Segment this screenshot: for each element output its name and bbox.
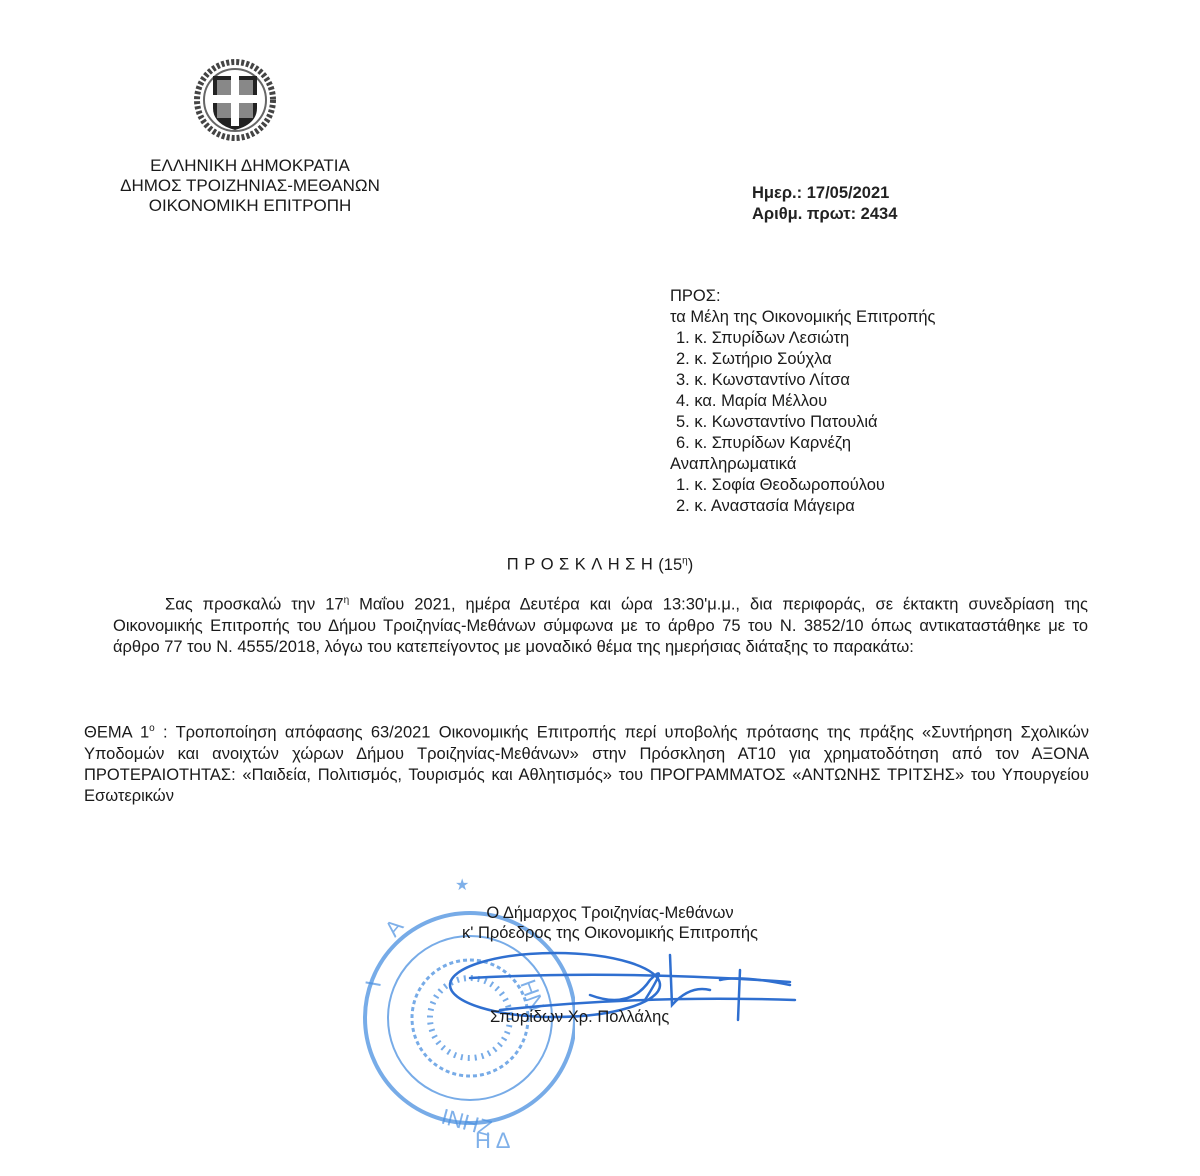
header-line: ΔΗΜΟΣ ΤΡΟΙΖΗΝΙΑΣ-ΜΕΘΑΝΩΝ — [100, 176, 400, 196]
invitation-paragraph: Σας προσκαλώ την 17η Μαΐου 2021, ημέρα Δ… — [113, 590, 1088, 658]
document-meta: Ημερ.: 17/05/2021 Αριθμ. πρωτ: 2434 — [752, 183, 897, 225]
alternate-item: 1. κ. Σοφία Θεοδωροπούλου — [670, 475, 935, 496]
signer-title-1: Ο Δήμαρχος Τροιζηνίας-Μεθάνων — [400, 903, 820, 923]
protocol-value: 2434 — [861, 205, 898, 223]
to-label: ΠΡΟΣ: — [670, 286, 935, 307]
agenda-topic: ΘΕΜΑ 1ο : Τροποποίηση απόφασης 63/2021 Ο… — [84, 718, 1089, 807]
recipients-intro: τα Μέλη της Οικονομικής Επιτροπής — [670, 307, 935, 328]
topic-text: : Τροποποίηση απόφασης 63/2021 Οικονομικ… — [84, 724, 1089, 805]
member-item: 1. κ. Σπυρίδων Λεσιώτη — [670, 328, 935, 349]
title-number: (15η) — [658, 556, 693, 574]
member-item: 2. κ. Σωτήριο Σούχλα — [670, 349, 935, 370]
alternates-label: Αναπληρωματικά — [670, 454, 935, 475]
recipients-block: ΠΡΟΣ: τα Μέλη της Οικονομικής Επιτροπής … — [670, 286, 935, 517]
date-value: 17/05/2021 — [807, 184, 890, 202]
signer-name: Σπυρίδων Χρ. Πολλάλης — [490, 1008, 669, 1027]
alternate-item: 2. κ. Αναστασία Μάγειρα — [670, 496, 935, 517]
svg-text:ΙΝΗΖ: ΙΝΗΖ — [439, 1104, 495, 1141]
title-text: ΠΡΟΣΚΛΗΣΗ — [507, 556, 659, 574]
protocol-line: Αριθμ. πρωτ: 2434 — [752, 204, 897, 225]
greek-coat-of-arms-icon — [193, 58, 277, 142]
date-label: Ημερ.: — [752, 184, 802, 202]
header-line: ΕΛΛΗΝΙΚΗ ΔΗΜΟΚΡΑΤΙΑ — [100, 156, 400, 176]
topic-label: ΘΕΜΑ 1 — [84, 724, 149, 742]
svg-text:★: ★ — [455, 877, 469, 894]
protocol-label: Αριθμ. πρωτ: — [752, 205, 856, 223]
date-line: Ημερ.: 17/05/2021 — [752, 183, 897, 204]
member-item: 5. κ. Κωνσταντίνο Πατουλιά — [670, 412, 935, 433]
issuer-header: ΕΛΛΗΝΙΚΗ ΔΗΜΟΚΡΑΤΙΑ ΔΗΜΟΣ ΤΡΟΙΖΗΝΙΑΣ-ΜΕΘ… — [100, 156, 400, 216]
member-item: 3. κ. Κωνσταντίνο Λίτσα — [670, 370, 935, 391]
signature-block: Ο Δήμαρχος Τροιζηνίας-Μεθάνων κ' Πρόεδρο… — [400, 903, 820, 943]
header-line: ΟΙΚΟΝΟΜΙΚΗ ΕΠΙΤΡΟΠΗ — [100, 196, 400, 216]
member-item: 4. κα. Μαρία Μέλλου — [670, 391, 935, 412]
member-item: 6. κ. Σπυρίδων Καρνέζη — [670, 433, 935, 454]
document-title: ΠΡΟΣΚΛΗΣΗ(15η) — [0, 555, 1200, 575]
